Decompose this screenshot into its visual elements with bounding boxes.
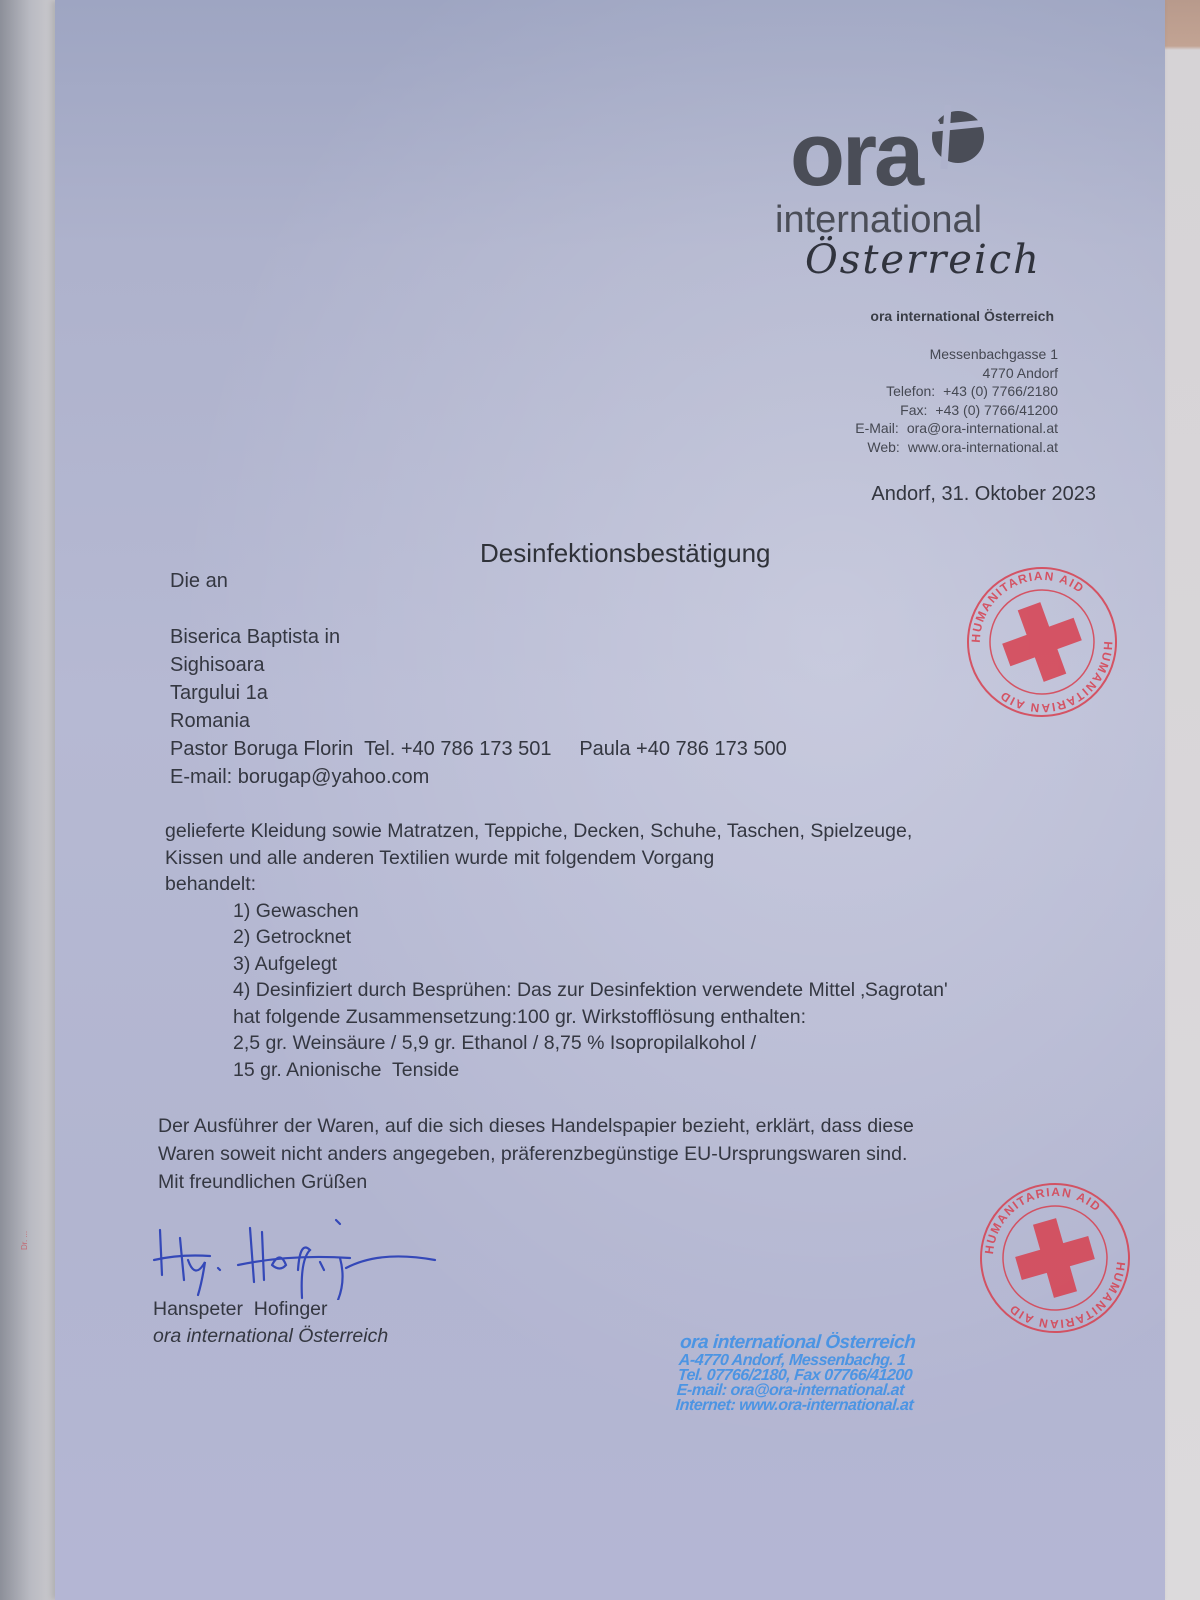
body-line: Kissen und alle anderen Textilien wurde …	[165, 845, 1085, 872]
body-paragraph: gelieferte Kleidung sowie Matratzen, Tep…	[165, 818, 1085, 1083]
signer-block: Hanspeter Hofinger ora international Öst…	[153, 1296, 388, 1350]
contact-fax: Fax:+43 (0) 7766/41200	[855, 401, 1058, 420]
signer-name: Hanspeter Hofinger	[153, 1296, 388, 1323]
letter-date: Andorf, 31. Oktober 2023	[871, 483, 1096, 506]
logo-handwritten-country: Österreich	[805, 235, 1041, 285]
stamp-line: ora international Österreich	[679, 1333, 918, 1353]
logo-wordmark: ora	[790, 110, 921, 200]
declaration-paragraph: Der Ausführer der Waren, auf die sich di…	[158, 1112, 1088, 1196]
sender-org-name: ora international Österreich	[870, 308, 1054, 324]
step-item: 3) Aufgelegt	[233, 951, 1085, 978]
document-title: Desinfektionsbestätigung	[480, 538, 771, 569]
step-item: 1) Gewaschen	[233, 898, 1085, 925]
recipient-line: Romania	[170, 707, 787, 735]
stamp-line: Internet: www.ora-international.at	[675, 1398, 914, 1413]
signer-organization: ora international Österreich	[153, 1323, 388, 1350]
stamp-line: E-mail: ora@ora-international.at	[676, 1383, 915, 1398]
recipient-block: Die an Biserica Baptista in Sighisoara T…	[170, 567, 787, 791]
contact-email: E-Mail:ora@ora-international.at	[855, 419, 1058, 438]
red-cross-icon	[1008, 1211, 1102, 1305]
salutation: Die an	[170, 567, 787, 595]
address-line: Messenbachgasse 1	[855, 345, 1058, 364]
stamp-line: A-4770 Andorf, Messenbachg. 1	[678, 1353, 917, 1368]
address-line: 4770 Andorf	[855, 364, 1058, 383]
contact-web: Web:www.ora-international.at	[855, 438, 1058, 457]
declaration-line: Der Ausführer der Waren, auf die sich di…	[158, 1112, 1088, 1140]
recipient-line: Targului 1a	[170, 679, 787, 707]
recipient-line: Sighisoara	[170, 651, 787, 679]
step-item: 2,5 gr. Weinsäure / 5,9 gr. Ethanol / 8,…	[233, 1030, 1085, 1057]
step-item: 15 gr. Anionische Tenside	[233, 1057, 1085, 1084]
recipient-line: E-mail: borugap@yahoo.com	[170, 763, 787, 791]
contact-phone: Telefon:+43 (0) 7766/2180	[855, 382, 1058, 401]
stamp-line: Tel. 07766/2180, Fax 07766/41200	[677, 1368, 916, 1383]
step-item: 4) Desinfiziert durch Besprühen: Das zur…	[233, 977, 1085, 1004]
recipient-line: Biserica Baptista in	[170, 623, 787, 651]
step-item: hat folgende Zusammensetzung:100 gr. Wir…	[233, 1004, 1085, 1031]
logo-subtitle: international	[775, 200, 982, 240]
declaration-line: Waren soweit nicht anders angegeben, prä…	[158, 1140, 1088, 1168]
red-cross-icon	[993, 593, 1090, 690]
humanitarian-aid-stamp: HUMANITARIAN AID HUMANITARIAN AID	[970, 1173, 1141, 1344]
background-surface	[1160, 0, 1200, 1600]
recipient-line: Pastor Boruga Florin Tel. +40 786 173 50…	[170, 735, 787, 763]
body-line: behandelt:	[165, 871, 1085, 898]
sender-contact-block: Messenbachgasse 1 4770 Andorf Telefon:+4…	[855, 345, 1058, 456]
closing: Mit freundlichen Grüßen	[158, 1168, 1088, 1196]
step-item: 2) Getrocknet	[233, 924, 1085, 951]
body-line: gelieferte Kleidung sowie Matratzen, Tep…	[165, 818, 1085, 845]
treatment-steps: 1) Gewaschen 2) Getrocknet 3) Aufgelegt …	[165, 898, 1085, 1084]
handwritten-signature	[150, 1210, 450, 1300]
globe-logo-icon	[920, 103, 988, 171]
blue-address-stamp: ora international Österreich A-4770 Ando…	[675, 1333, 918, 1413]
margin-note: Dr. ...	[20, 1231, 29, 1250]
humanitarian-aid-stamp: HUMANITARIAN AID HUMANITARIAN AID	[952, 552, 1133, 733]
